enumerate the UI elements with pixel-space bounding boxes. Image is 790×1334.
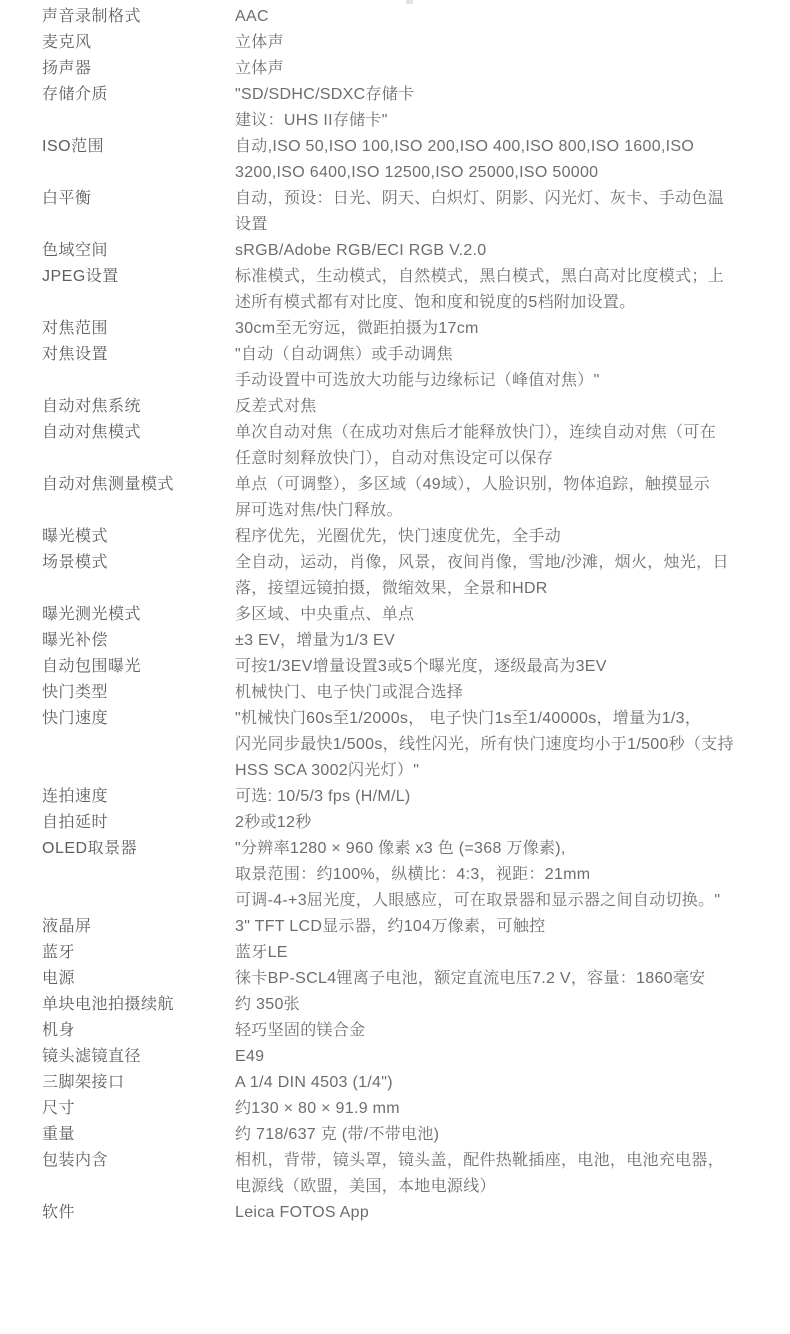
spec-row: JPEG设置标准模式，生动模式，自然模式，黑白模式，黑白高对比度模式；上述所有模… xyxy=(42,264,770,316)
spec-value: 约130 × 80 × 91.9 mm xyxy=(235,1096,770,1122)
spec-value-line: 立体声 xyxy=(235,30,770,56)
spec-value-line: 手动设置中可选放大功能与边缘标记（峰值对焦）" xyxy=(235,368,770,394)
spec-row: 蓝牙蓝牙LE xyxy=(42,940,770,966)
spec-value-line: 30cm至无穷远，微距拍摄为17cm xyxy=(235,316,770,342)
spec-row: 重量约 718/637 克 (带/不带电池) xyxy=(42,1122,770,1148)
spec-value-line: E49 xyxy=(235,1044,770,1070)
spec-label: 液晶屏 xyxy=(42,914,235,940)
spec-value-line: 标准模式，生动模式，自然模式，黑白模式，黑白高对比度模式；上 xyxy=(235,264,770,290)
spec-value-line: 3200,ISO 6400,ISO 12500,ISO 25000,ISO 50… xyxy=(235,160,770,186)
spec-row: 自拍延时2秒或12秒 xyxy=(42,810,770,836)
spec-row: 快门速度"机械快门60s至1/2000s， 电子快门1s至1/40000s，增量… xyxy=(42,706,770,784)
spec-label: 扬声器 xyxy=(42,56,235,82)
spec-value: 自动,ISO 50,ISO 100,ISO 200,ISO 400,ISO 80… xyxy=(235,134,770,186)
spec-value: ±3 EV，增量为1/3 EV xyxy=(235,628,770,654)
spec-label: 自动对焦系统 xyxy=(42,394,235,420)
spec-row: 包装内含相机，背带，镜头罩，镜头盖，配件热靴插座，电池，电池充电器，电源线（欧盟… xyxy=(42,1148,770,1200)
spec-value-line: 电源线（欧盟，美国，本地电源线） xyxy=(235,1174,770,1200)
spec-value-line: "SD/SDHC/SDXC存储卡 xyxy=(235,82,770,108)
spec-value-line: 相机，背带，镜头罩，镜头盖，配件热靴插座，电池，电池充电器， xyxy=(235,1148,770,1174)
spec-value-line: 轻巧坚固的镁合金 xyxy=(235,1018,770,1044)
spec-value: sRGB/Adobe RGB/ECI RGB V.2.0 xyxy=(235,238,770,264)
spec-label: 曝光测光模式 xyxy=(42,602,235,628)
spec-value: 多区域、中央重点、单点 xyxy=(235,602,770,628)
spec-value: 标准模式，生动模式，自然模式，黑白模式，黑白高对比度模式；上述所有模式都有对比度… xyxy=(235,264,770,316)
cutoff-text-artifact xyxy=(406,0,413,4)
spec-value: 蓝牙LE xyxy=(235,940,770,966)
spec-value-line: 立体声 xyxy=(235,56,770,82)
spec-value: 可按1/3EV增量设置3或5个曝光度，逐级最高为3EV xyxy=(235,654,770,680)
spec-label: 场景模式 xyxy=(42,550,235,576)
spec-value: "自动（自动调焦）或手动调焦手动设置中可选放大功能与边缘标记（峰值对焦）" xyxy=(235,342,770,394)
spec-value-line: 机械快门、电子快门或混合选择 xyxy=(235,680,770,706)
spec-row: 曝光模式程序优先，光圈优先，快门速度优先，全手动 xyxy=(42,524,770,550)
spec-label: 自拍延时 xyxy=(42,810,235,836)
spec-value-line: 2秒或12秒 xyxy=(235,810,770,836)
spec-row: 声音录制格式AAC xyxy=(42,4,770,30)
spec-label: 曝光模式 xyxy=(42,524,235,550)
spec-label: 声音录制格式 xyxy=(42,4,235,30)
spec-value-line: 可选: 10/5/3 fps (H/M/L) xyxy=(235,784,770,810)
spec-value-line: "机械快门60s至1/2000s， 电子快门1s至1/40000s，增量为1/3… xyxy=(235,706,770,732)
spec-value-line: 蓝牙LE xyxy=(235,940,770,966)
spec-value: 立体声 xyxy=(235,56,770,82)
spec-label: 自动包围曝光 xyxy=(42,654,235,680)
spec-label: 尺寸 xyxy=(42,1096,235,1122)
spec-value: 立体声 xyxy=(235,30,770,56)
spec-value-line: 约 350张 xyxy=(235,992,770,1018)
spec-value: A 1/4 DIN 4503 (1/4") xyxy=(235,1070,770,1096)
spec-row: 对焦设置"自动（自动调焦）或手动调焦手动设置中可选放大功能与边缘标记（峰值对焦）… xyxy=(42,342,770,394)
spec-label: 单块电池拍摄续航 xyxy=(42,992,235,1018)
spec-label: 色域空间 xyxy=(42,238,235,264)
spec-value-line: 闪光同步最快1/500s，线性闪光，所有快门速度均小于1/500秒（支持 xyxy=(235,732,770,758)
spec-value: 3" TFT LCD显示器，约104万像素，可触控 xyxy=(235,914,770,940)
spec-row: 麦克风立体声 xyxy=(42,30,770,56)
spec-label: ISO范围 xyxy=(42,134,235,160)
spec-label: 快门类型 xyxy=(42,680,235,706)
spec-value-line: 可按1/3EV增量设置3或5个曝光度，逐级最高为3EV xyxy=(235,654,770,680)
spec-row: 液晶屏3" TFT LCD显示器，约104万像素，可触控 xyxy=(42,914,770,940)
spec-value: 单次自动对焦（在成功对焦后才能释放快门），连续自动对焦（可在任意时刻释放快门），… xyxy=(235,420,770,472)
spec-value: "机械快门60s至1/2000s， 电子快门1s至1/40000s，增量为1/3… xyxy=(235,706,770,784)
spec-value-line: 单点（可调整），多区域（49域），人脸识别，物体追踪，触摸显示 xyxy=(235,472,770,498)
spec-value-line: AAC xyxy=(235,4,770,30)
spec-row: 软件Leica FOTOS App xyxy=(42,1200,770,1226)
spec-value: 程序优先，光圈优先，快门速度优先，全手动 xyxy=(235,524,770,550)
spec-label: 蓝牙 xyxy=(42,940,235,966)
spec-value-line: "分辨率1280 × 960 像素 x3 色 (=368 万像素), xyxy=(235,836,770,862)
spec-value-line: 取景范围：约100%，纵横比：4:3，视距：21mm xyxy=(235,862,770,888)
spec-row: 自动包围曝光可按1/3EV增量设置3或5个曝光度，逐级最高为3EV xyxy=(42,654,770,680)
spec-value: AAC xyxy=(235,4,770,30)
spec-value: 2秒或12秒 xyxy=(235,810,770,836)
spec-row: 机身轻巧坚固的镁合金 xyxy=(42,1018,770,1044)
spec-row: 连拍速度可选: 10/5/3 fps (H/M/L) xyxy=(42,784,770,810)
spec-value-line: A 1/4 DIN 4503 (1/4") xyxy=(235,1070,770,1096)
spec-row: 白平衡自动，预设：日光、阴天、白炽灯、阴影、闪光灯、灰卡、手动色温设置 xyxy=(42,186,770,238)
spec-row: 镜头滤镜直径E49 xyxy=(42,1044,770,1070)
spec-value-line: 述所有模式都有对比度、饱和度和锐度的5档附加设置。 xyxy=(235,290,770,316)
spec-row: 自动对焦测量模式单点（可调整），多区域（49域），人脸识别，物体追踪，触摸显示屏… xyxy=(42,472,770,524)
spec-label: 快门速度 xyxy=(42,706,235,732)
spec-label: 连拍速度 xyxy=(42,784,235,810)
spec-row: 自动对焦系统反差式对焦 xyxy=(42,394,770,420)
spec-label: 三脚架接口 xyxy=(42,1070,235,1096)
spec-value: 可选: 10/5/3 fps (H/M/L) xyxy=(235,784,770,810)
spec-value: 约 350张 xyxy=(235,992,770,1018)
spec-value-line: 全自动，运动，肖像，风景，夜间肖像，雪地/沙滩，烟火，烛光，日 xyxy=(235,550,770,576)
spec-value-line: Leica FOTOS App xyxy=(235,1200,770,1226)
spec-value: 自动，预设：日光、阴天、白炽灯、阴影、闪光灯、灰卡、手动色温设置 xyxy=(235,186,770,238)
spec-label: 包装内含 xyxy=(42,1148,235,1174)
spec-value-line: 约 718/637 克 (带/不带电池) xyxy=(235,1122,770,1148)
spec-value: 30cm至无穷远，微距拍摄为17cm xyxy=(235,316,770,342)
spec-value-line: 反差式对焦 xyxy=(235,394,770,420)
spec-value: 相机，背带，镜头罩，镜头盖，配件热靴插座，电池，电池充电器，电源线（欧盟，美国，… xyxy=(235,1148,770,1200)
spec-row: ISO范围自动,ISO 50,ISO 100,ISO 200,ISO 400,I… xyxy=(42,134,770,186)
spec-value-line: "自动（自动调焦）或手动调焦 xyxy=(235,342,770,368)
spec-row: 三脚架接口A 1/4 DIN 4503 (1/4") xyxy=(42,1070,770,1096)
spec-label: 曝光补偿 xyxy=(42,628,235,654)
spec-table: 声音录制格式AAC麦克风立体声扬声器立体声存储介质"SD/SDHC/SDXC存储… xyxy=(0,0,790,1226)
spec-label: 重量 xyxy=(42,1122,235,1148)
spec-value: 轻巧坚固的镁合金 xyxy=(235,1018,770,1044)
spec-row: 扬声器立体声 xyxy=(42,56,770,82)
spec-value-line: 屏可选对焦/快门释放。 xyxy=(235,498,770,524)
spec-value-line: 单次自动对焦（在成功对焦后才能释放快门），连续自动对焦（可在 xyxy=(235,420,770,446)
spec-label: 对焦范围 xyxy=(42,316,235,342)
spec-value: "分辨率1280 × 960 像素 x3 色 (=368 万像素),取景范围：约… xyxy=(235,836,770,914)
spec-value-line: ±3 EV，增量为1/3 EV xyxy=(235,628,770,654)
spec-label: 麦克风 xyxy=(42,30,235,56)
spec-row: 场景模式全自动，运动，肖像，风景，夜间肖像，雪地/沙滩，烟火，烛光，日落，接望远… xyxy=(42,550,770,602)
spec-value-line: HSS SCA 3002闪光灯）" xyxy=(235,758,770,784)
spec-row: 单块电池拍摄续航约 350张 xyxy=(42,992,770,1018)
spec-label: 自动对焦测量模式 xyxy=(42,472,235,498)
spec-label: JPEG设置 xyxy=(42,264,235,290)
spec-row: 快门类型机械快门、电子快门或混合选择 xyxy=(42,680,770,706)
spec-row: 自动对焦模式单次自动对焦（在成功对焦后才能释放快门），连续自动对焦（可在任意时刻… xyxy=(42,420,770,472)
spec-value: "SD/SDHC/SDXC存储卡建议：UHS II存储卡" xyxy=(235,82,770,134)
spec-label: 自动对焦模式 xyxy=(42,420,235,446)
spec-label: 软件 xyxy=(42,1200,235,1226)
spec-value: E49 xyxy=(235,1044,770,1070)
spec-value: 约 718/637 克 (带/不带电池) xyxy=(235,1122,770,1148)
spec-row: 存储介质"SD/SDHC/SDXC存储卡建议：UHS II存储卡" xyxy=(42,82,770,134)
spec-label: 对焦设置 xyxy=(42,342,235,368)
spec-row: 尺寸约130 × 80 × 91.9 mm xyxy=(42,1096,770,1122)
spec-value: 反差式对焦 xyxy=(235,394,770,420)
spec-row: 曝光测光模式多区域、中央重点、单点 xyxy=(42,602,770,628)
spec-row: OLED取景器"分辨率1280 × 960 像素 x3 色 (=368 万像素)… xyxy=(42,836,770,914)
spec-value: 机械快门、电子快门或混合选择 xyxy=(235,680,770,706)
spec-label: 电源 xyxy=(42,966,235,992)
spec-value-line: 徕卡BP-SCL4锂离子电池，额定直流电压7.2 V，容量：1860毫安 xyxy=(235,966,770,992)
spec-label: 镜头滤镜直径 xyxy=(42,1044,235,1070)
spec-value: Leica FOTOS App xyxy=(235,1200,770,1226)
spec-value-line: 多区域、中央重点、单点 xyxy=(235,602,770,628)
spec-value-line: 可调-4-+3屈光度，人眼感应，可在取景器和显示器之间自动切换。" xyxy=(235,888,770,914)
spec-label: 机身 xyxy=(42,1018,235,1044)
spec-value-line: 自动，预设：日光、阴天、白炽灯、阴影、闪光灯、灰卡、手动色温 xyxy=(235,186,770,212)
spec-row: 电源徕卡BP-SCL4锂离子电池，额定直流电压7.2 V，容量：1860毫安 xyxy=(42,966,770,992)
spec-value-line: sRGB/Adobe RGB/ECI RGB V.2.0 xyxy=(235,238,770,264)
spec-value-line: 建议：UHS II存储卡" xyxy=(235,108,770,134)
spec-row: 色域空间sRGB/Adobe RGB/ECI RGB V.2.0 xyxy=(42,238,770,264)
spec-label: OLED取景器 xyxy=(42,836,235,862)
spec-value: 全自动，运动，肖像，风景，夜间肖像，雪地/沙滩，烟火，烛光，日落，接望远镜拍摄，… xyxy=(235,550,770,602)
spec-value-line: 3" TFT LCD显示器，约104万像素，可触控 xyxy=(235,914,770,940)
spec-row: 曝光补偿±3 EV，增量为1/3 EV xyxy=(42,628,770,654)
spec-value-line: 程序优先，光圈优先，快门速度优先，全手动 xyxy=(235,524,770,550)
spec-value-line: 设置 xyxy=(235,212,770,238)
spec-value-line: 落，接望远镜拍摄，微缩效果，全景和HDR xyxy=(235,576,770,602)
spec-value: 徕卡BP-SCL4锂离子电池，额定直流电压7.2 V，容量：1860毫安 xyxy=(235,966,770,992)
spec-value-line: 自动,ISO 50,ISO 100,ISO 200,ISO 400,ISO 80… xyxy=(235,134,770,160)
spec-label: 白平衡 xyxy=(42,186,235,212)
spec-value-line: 约130 × 80 × 91.9 mm xyxy=(235,1096,770,1122)
spec-value: 单点（可调整），多区域（49域），人脸识别，物体追踪，触摸显示屏可选对焦/快门释… xyxy=(235,472,770,524)
spec-row: 对焦范围30cm至无穷远，微距拍摄为17cm xyxy=(42,316,770,342)
spec-label: 存储介质 xyxy=(42,82,235,108)
spec-value-line: 任意时刻释放快门），自动对焦设定可以保存 xyxy=(235,446,770,472)
